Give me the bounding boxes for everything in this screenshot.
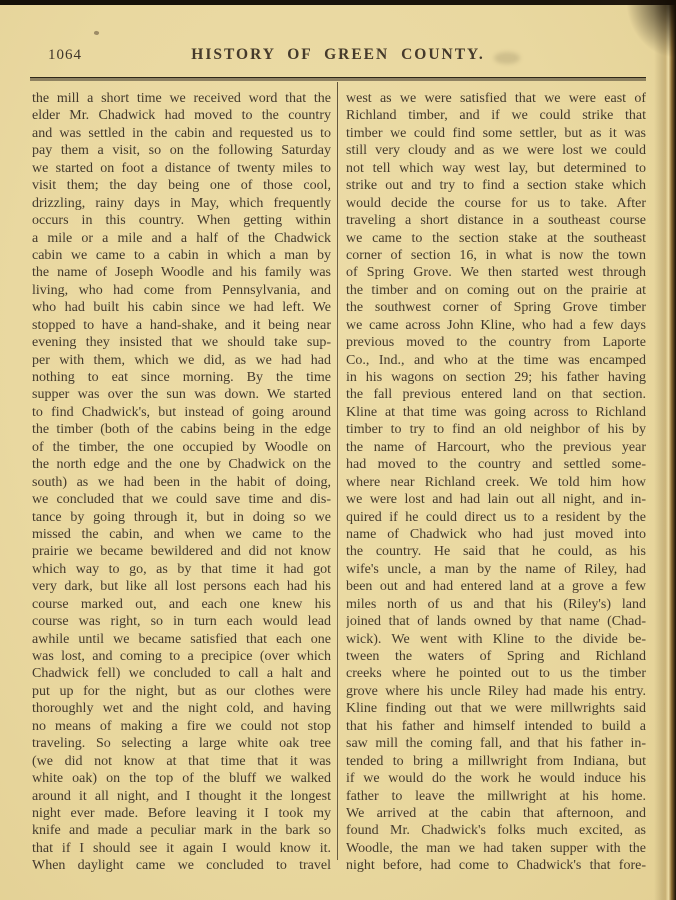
running-head-title: HISTORY OF GREEN COUNTY.: [0, 46, 676, 64]
text-line: corner of section 16, in what is now the…: [346, 247, 646, 264]
text-line: we came to the section stake at the sout…: [346, 230, 646, 247]
text-line: name of Chadwick who had just moved into: [346, 526, 646, 543]
text-line: When daylight came we concluded to trave…: [32, 857, 331, 874]
text-line: evening they insisted that we should tak…: [32, 334, 331, 351]
text-line: Kline at that time was going across to R…: [346, 404, 646, 421]
text-line: elder Mr. Chadwick had moved to the coun…: [32, 107, 331, 124]
text-line: the north edge and the one by Chadwick o…: [32, 456, 331, 473]
text-line: around it all night, and I thought it th…: [32, 788, 331, 805]
text-line: night ever made. Before leaving it I too…: [32, 805, 331, 822]
text-line: found Mr. Chadwick's folks much excited,…: [346, 822, 646, 839]
scan-corner-shadow: [624, 0, 676, 60]
text-line: missed the cabin, and when we came to th…: [32, 526, 331, 543]
text-line: the name of Harcourt, who the previous y…: [346, 439, 646, 456]
text-line: pay them a visit, so on the following Sa…: [32, 142, 331, 159]
text-line: to find Chadwick's, but instead of going…: [32, 404, 331, 421]
text-line: was lost, and coming to a precipice (ove…: [32, 648, 331, 665]
text-line: still very cloudy and as we were lost we…: [346, 142, 646, 159]
text-line: the timber (both of the cabins being in …: [32, 421, 331, 438]
scan-top-edge: [0, 0, 676, 5]
text-line: per with them, which we did, as we had h…: [32, 352, 331, 369]
text-line: joined that of lands owned by that name …: [346, 613, 646, 630]
text-line: timber we could find some settler, but a…: [346, 125, 646, 142]
text-line: very dark, but like all lost persons eac…: [32, 578, 331, 595]
text-line: Chadwick fell) we concluded to call a ha…: [32, 665, 331, 682]
text-line: strike out and try to find a section sta…: [346, 177, 646, 194]
text-line: miles north of us and that his (Riley's)…: [346, 596, 646, 613]
text-line: nothing to eat since morning. By the tim…: [32, 369, 331, 386]
text-line: the timber and on coming out on the prai…: [346, 282, 646, 299]
text-line: in his wagons on section 29; his father …: [346, 369, 646, 386]
text-line: west as we were satisfied that we were e…: [346, 90, 646, 107]
text-line: cabin we came to a cabin in which a man …: [32, 247, 331, 264]
text-line: creeks where he pointed out to us the ti…: [346, 665, 646, 682]
text-line: had moved to the country and settled som…: [346, 456, 646, 473]
text-line: Woodle, the man we had taken supper with…: [346, 840, 646, 857]
text-line: the southwest corner of Spring Grove tim…: [346, 299, 646, 316]
column-divider-rule: [337, 82, 338, 860]
text-line: occurs in this country. When getting wit…: [32, 212, 331, 229]
text-line: white oak) on the top of the bluff we wa…: [32, 770, 331, 787]
text-line: tween the waters of Spring and Richland: [346, 648, 646, 665]
header-rule: [30, 77, 646, 81]
text-line: awhile until we became satisfied that ea…: [32, 631, 331, 648]
text-line: which way to go, as by that time it had …: [32, 561, 331, 578]
text-line: a mile or a mile and a half of the Chadw…: [32, 230, 331, 247]
text-line: timber to try to find an old neighbor of…: [346, 421, 646, 438]
text-line: quired if he could direct us to a reside…: [346, 509, 646, 526]
text-line: the mill a short time we received word t…: [32, 90, 331, 107]
text-line: and was settled in the cabin and request…: [32, 125, 331, 142]
text-line: previous moved to the country from Lapor…: [346, 334, 646, 351]
text-line: where near Richland creek. We told him h…: [346, 474, 646, 491]
text-line: saw mill the coming fall, and that his f…: [346, 735, 646, 752]
text-line: thoroughly wet and the night cold, and h…: [32, 700, 331, 717]
text-line: we concluded that we could save time and…: [32, 491, 331, 508]
text-line: would decide the course for us to take. …: [346, 195, 646, 212]
text-line: night before, had come to Chadwick's tha…: [346, 857, 646, 874]
text-line: stopped to have a hand-shake, and it bei…: [32, 317, 331, 334]
text-line: drizzling, rainy days in May, which freq…: [32, 195, 331, 212]
page-header: 1064 HISTORY OF GREEN COUNTY.: [0, 0, 676, 78]
text-line: tance by going through it, but in doing …: [32, 509, 331, 526]
text-line: the fall previous entered land on that s…: [346, 386, 646, 403]
text-line: no means of making a fire we could not s…: [32, 718, 331, 735]
text-line: course was right, so in turn each would …: [32, 613, 331, 630]
text-line: Richland timber, and if we could strike …: [346, 107, 646, 124]
text-line: visit them; the day being one of those c…: [32, 177, 331, 194]
text-line: grove where his uncle Riley had made his…: [346, 683, 646, 700]
text-column-left: the mill a short time we received word t…: [32, 90, 331, 875]
text-line: if we would do the work he would induce …: [346, 770, 646, 787]
text-line: wife's uncle, a man by the name of Riley…: [346, 561, 646, 578]
text-line: traveling. So selecting a large white oa…: [32, 735, 331, 752]
text-column-right: west as we were satisfied that we were e…: [346, 90, 646, 875]
text-line: living, who had come from Pennsylvania, …: [32, 282, 331, 299]
text-line: not tell which way west lay, but determi…: [346, 160, 646, 177]
text-line: the name of Joseph Woodle and his family…: [32, 264, 331, 281]
text-line: that his father and himself intended to …: [346, 718, 646, 735]
text-line: We arrived at the cabin that afternoon, …: [346, 805, 646, 822]
text-line: we were lost and had lain out all night,…: [346, 491, 646, 508]
text-line: that if I should see it again I would kn…: [32, 840, 331, 857]
text-line: put up for the night, but as our clothes…: [32, 683, 331, 700]
text-line: course marked out, and each one knew his: [32, 596, 331, 613]
text-line: Co., Ind., and who at the time was encam…: [346, 352, 646, 369]
book-page: 1064 HISTORY OF GREEN COUNTY. the mill a…: [0, 0, 676, 900]
text-line: Kline finding out that we were millwrigh…: [346, 700, 646, 717]
text-line: (we did not know at that time that it wa…: [32, 753, 331, 770]
text-line: who had built his cabin since we had lef…: [32, 299, 331, 316]
text-line: been out and had entered land at a grove…: [346, 578, 646, 595]
text-line: knife and made a peculiar mark in the ba…: [32, 822, 331, 839]
text-line: wick). We went with Kline to the divide …: [346, 631, 646, 648]
text-line: prairie we became bewildered and did not…: [32, 543, 331, 560]
text-line: we came across John Kline, who had a few…: [346, 317, 646, 334]
text-line: father to leave the millwright at his ho…: [346, 788, 646, 805]
text-line: of the timber, the one occupied by Woodl…: [32, 439, 331, 456]
scan-right-page-edge: [654, 0, 676, 900]
text-line: supper was over the sun was down. We sta…: [32, 386, 331, 403]
text-line: traveling a short distance in a southeas…: [346, 212, 646, 229]
text-line: south) as we had been in the habit of do…: [32, 474, 331, 491]
text-line: we started on foot a distance of twenty …: [32, 160, 331, 177]
text-line: the country. He said that he could, as h…: [346, 543, 646, 560]
text-line: tended to bring a millwright from Indian…: [346, 753, 646, 770]
text-line: of Spring Grove. We then started west th…: [346, 264, 646, 281]
